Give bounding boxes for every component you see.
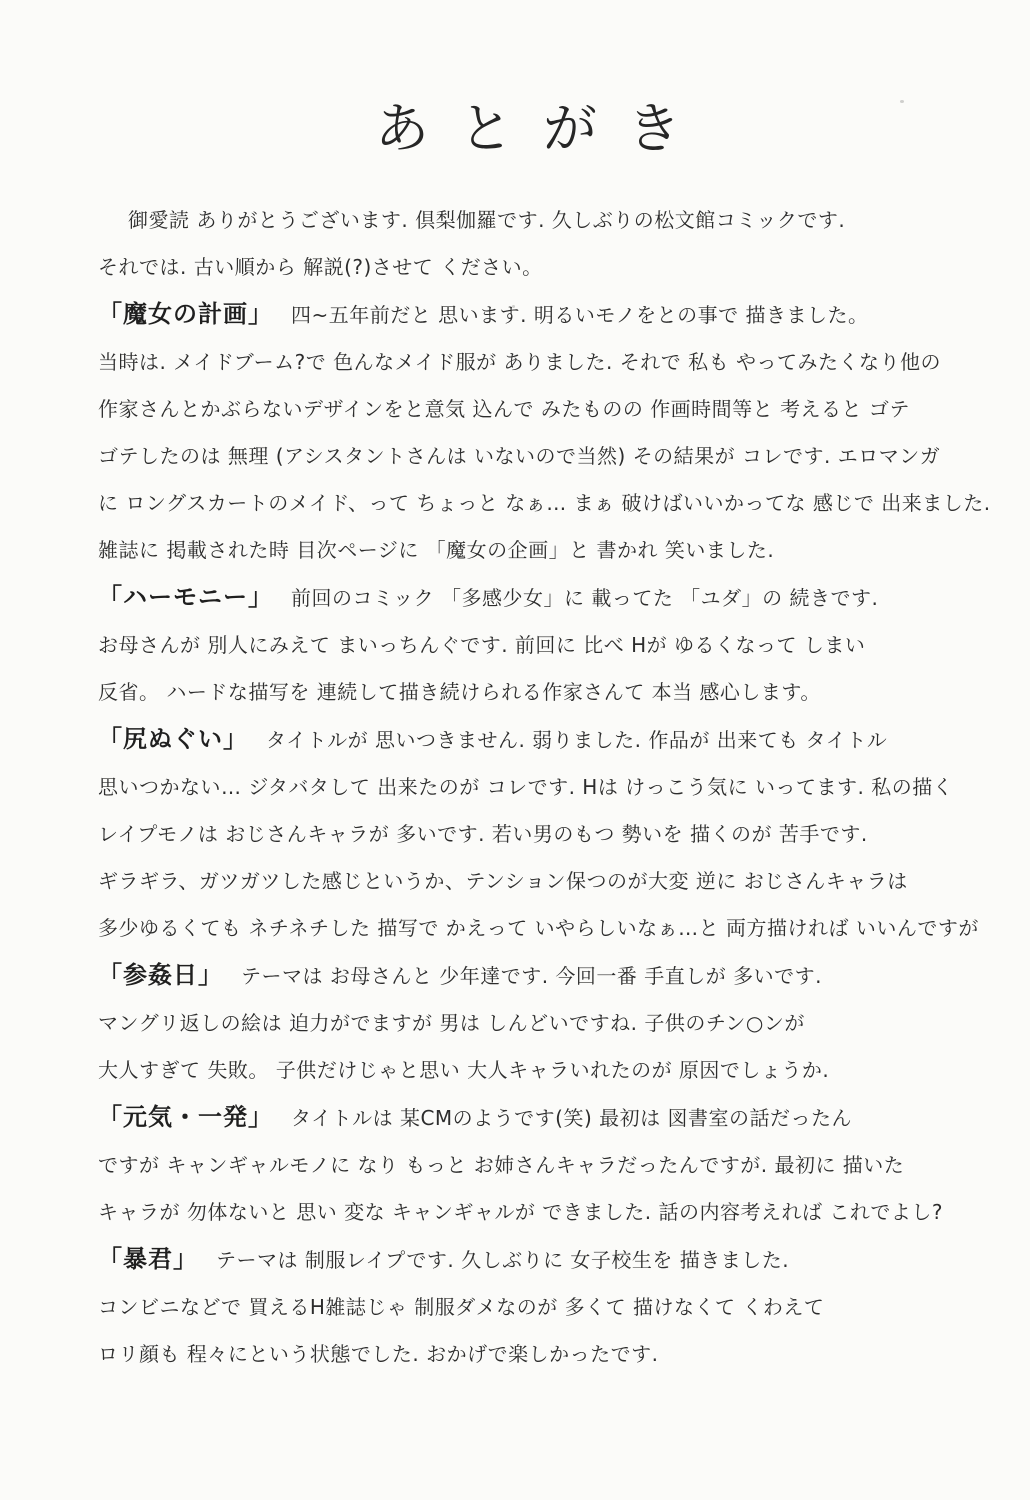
- text-line: に ロングスカートのメイド、って ちょっと なぁ… まぁ 破けばいいかってな 感…: [98, 480, 958, 527]
- text-line: 反省。 ハードな描写を 連続して描き続けられる作家さんて 本当 感心します。: [98, 669, 958, 716]
- section-heading-shirinugui: 「尻ぬぐい」: [98, 725, 248, 753]
- text-line: 雑誌に 掲載された時 目次ページに 「魔女の企画」と 書かれ 笑いました.: [98, 527, 958, 574]
- text-line: ですが キャンギャルモノに なり もっと お姉さんキャラだったんですが. 最初に…: [98, 1142, 958, 1189]
- text-line: ロリ顔も 程々にという状態でした. おかげで楽しかったです.: [98, 1331, 958, 1378]
- text-line: テーマは 制服レイプです. 久しぶりに 女子校生を 描きました.: [216, 1248, 789, 1272]
- text-line: ゴテしたのは 無理 (アシスタントさんは いないので当然) その結果が コレです…: [98, 433, 958, 480]
- section-first-line: 「元気・一発」タイトルは 某CMのようです(笑) 最初は 図書室の話だったん: [98, 1094, 958, 1142]
- text-line: 大人すぎて 失敗。 子供だけじゃと思い 大人キャラいれたのが 原因でしょうか.: [98, 1047, 958, 1094]
- scan-speck: [512, 305, 515, 308]
- text-line: お母さんが 別人にみえて まいっちんぐです. 前回に 比べ Hが ゆるくなって …: [98, 622, 958, 669]
- text-line: タイトルが 思いつきません. 弱りました. 作品が 出来ても タイトル: [266, 728, 887, 752]
- afterword-body: 御愛読 ありがとうございます. 倶梨伽羅です. 久しぶりの松文館コミックです. …: [98, 197, 958, 1378]
- text-line: 多少ゆるくても ネチネチした 描写で かえって いやらしいなぁ…と 両方描ければ…: [98, 905, 958, 952]
- text-line: マングリ返しの絵は 迫力がでますが 男は しんどいですね. 子供のチン○ンが: [98, 1000, 958, 1047]
- text-line: レイプモノは おじさんキャラが 多いです. 若い男のもつ 勢いを 描くのが 苦手…: [98, 811, 958, 858]
- section-heading-majo-no-keikaku: 「魔女の計画」: [98, 300, 273, 328]
- text-line: タイトルは 某CMのようです(笑) 最初は 図書室の話だったん: [291, 1106, 852, 1130]
- text-line: テーマは お母さんと 少年達です. 今回一番 手直しが 多いです.: [241, 964, 822, 988]
- text-line: 前回のコミック 「多感少女」に 載ってた 「ユダ」の 続きです.: [291, 586, 878, 610]
- section-first-line: 「参姦日」テーマは お母さんと 少年達です. 今回一番 手直しが 多いです.: [98, 952, 958, 1000]
- text-line: 作家さんとかぶらないデザインをと意気 込んで みたものの 作画時間等と 考えると…: [98, 386, 958, 433]
- section-first-line: 「ハーモニー」前回のコミック 「多感少女」に 載ってた 「ユダ」の 続きです.: [98, 574, 958, 622]
- section-heading-boukun: 「暴君」: [98, 1245, 198, 1273]
- section-first-line: 「魔女の計画」四~五年前だと 思います. 明るいモノをとの事で 描きました。: [98, 291, 958, 339]
- section-heading-genki-ippatsu: 「元気・一発」: [98, 1103, 273, 1131]
- text-line: コンビニなどで 買えるH雑誌じゃ 制服ダメなのが 多くて 描けなくて くわえて: [98, 1284, 958, 1331]
- afterword-page: あとがき 御愛読 ありがとうございます. 倶梨伽羅です. 久しぶりの松文館コミッ…: [0, 0, 1030, 1500]
- scan-speck: [900, 100, 904, 103]
- text-line: 思いつかない… ジタバタして 出来たのが コレです. Hは けっこう気に いって…: [98, 764, 958, 811]
- text-line: ギラギラ、ガツガツした感じというか、テンション保つのが大変 逆に おじさんキャラ…: [98, 858, 958, 905]
- text-line: 当時は. メイドブーム?で 色んなメイド服が ありました. それで 私も やって…: [98, 339, 958, 386]
- section-first-line: 「尻ぬぐい」タイトルが 思いつきません. 弱りました. 作品が 出来ても タイト…: [98, 716, 958, 764]
- text-line: 四~五年前だと 思います. 明るいモノをとの事で 描きました。: [291, 303, 869, 327]
- text-line: キャラが 勿体ないと 思い 変な キャンギャルが できました. 話の内容考えれば…: [98, 1189, 958, 1236]
- intro-line: 御愛読 ありがとうございます. 倶梨伽羅です. 久しぶりの松文館コミックです.: [98, 197, 958, 244]
- page-title: あとがき: [98, 86, 958, 163]
- section-heading-sankanbi: 「参姦日」: [98, 961, 223, 989]
- section-heading-harmony: 「ハーモニー」: [98, 583, 273, 611]
- intro-line: それでは. 古い順から 解説(?)させて ください。: [98, 244, 958, 291]
- section-first-line: 「暴君」テーマは 制服レイプです. 久しぶりに 女子校生を 描きました.: [98, 1236, 958, 1284]
